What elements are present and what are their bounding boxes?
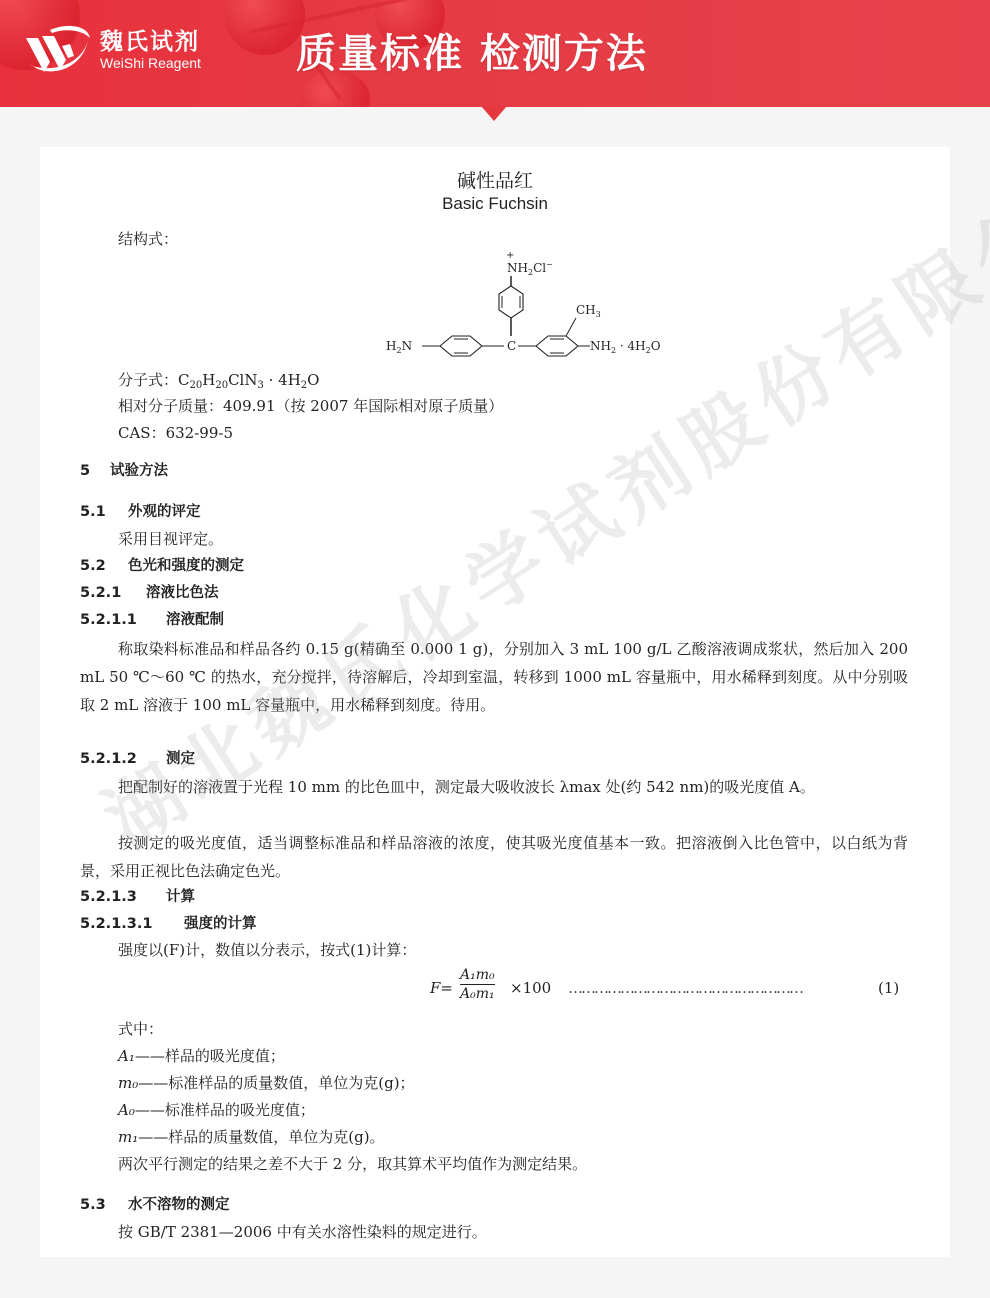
- molecular-weight: 相对分子质量：409.91（按 2007 年国际相对原子质量）: [118, 396, 503, 416]
- svg-text:CH3: CH3: [576, 303, 601, 319]
- brand-name-cn: 魏氏试剂: [100, 29, 201, 55]
- section-5-2-1-2-heading: 5.2.1.2测定: [80, 749, 195, 769]
- strength-formula: F= A₁m₀ A₀m₁ ×100 ……………………………………………… (1): [430, 967, 910, 1007]
- variable-a0: A₀——标准样品的吸光度值；: [118, 1100, 315, 1120]
- section-5-1-text: 采用目视评定。: [118, 529, 223, 549]
- structure-label: 结构式：: [118, 229, 178, 249]
- banner-pointer: [481, 106, 507, 121]
- svg-text:H2N: H2N: [386, 339, 412, 355]
- where-label: 式中：: [118, 1019, 163, 1039]
- section-5-1-heading: 5.1外观的评定: [80, 502, 201, 522]
- brand-name-en: WeiShi Reagent: [100, 55, 201, 71]
- molecular-formula-value: C20H20ClN3 · 4H2O: [178, 371, 319, 389]
- weishi-logo-icon: [22, 22, 94, 78]
- product-title-cn: 碱性品红: [40, 166, 950, 193]
- section-5-2-1-1-heading: 5.2.1.1溶液配制: [80, 610, 224, 630]
- section-5-2-1-2-text-b: 按测定的吸光度值，适当调整标准品和样品溶液的浓度，使其吸光度值基本一致。把溶液倒…: [80, 829, 908, 885]
- charge-plus: +: [506, 252, 514, 261]
- molecular-formula: 分子式：C20H20ClN3 · 4H2O: [118, 370, 319, 396]
- svg-text:NH2 · 4H2O: NH2 · 4H2O: [590, 339, 661, 355]
- variable-m0: m₀——标准样品的质量数值，单位为克(g)；: [118, 1073, 415, 1093]
- section-5-2-1-2-text-a: 把配制好的溶液置于光程 10 mm 的比色皿中，测定最大吸收波长 λmax 处(…: [80, 773, 908, 801]
- structural-formula: + NH2Cl− C H2N: [370, 252, 670, 366]
- cas-number: CAS：632-99-5: [118, 423, 233, 443]
- section-5-2-1-3-heading: 5.2.1.3计算: [80, 887, 195, 907]
- product-title-en: Basic Fuchsin: [40, 194, 950, 214]
- header-banner: 魏氏试剂 WeiShi Reagent 质量标准 检测方法: [0, 0, 990, 107]
- svg-text:C: C: [507, 339, 516, 353]
- variable-a1: A₁——样品的吸光度值；: [118, 1046, 285, 1066]
- page-title: 质量标准 检测方法: [296, 28, 648, 80]
- section-5-2-1-3-1-text: 强度以(F)计，数值以分表示，按式(1)计算：: [118, 940, 416, 960]
- section-5-3-text: 按 GB/T 2381—2006 中有关水溶性染料的规定进行。: [118, 1222, 487, 1242]
- section-5-2-1-heading: 5.2.1溶液比色法: [80, 583, 219, 603]
- section-5-2-heading: 5.2色光和强度的测定: [80, 556, 244, 576]
- section-5-2-1-1-text: 称取染料标准品和样品各约 0.15 g(精确至 0.000 1 g)，分别加入 …: [80, 635, 908, 719]
- svg-text:NH2Cl−: NH2Cl−: [507, 260, 553, 277]
- variable-m1: m₁——样品的质量数值，单位为克(g)。: [118, 1127, 385, 1147]
- formula-fraction: A₁m₀ A₀m₁: [460, 967, 495, 1002]
- section-5-3-heading: 5.3水不溶物的测定: [80, 1195, 230, 1215]
- document-card: 碱性品红 Basic Fuchsin 结构式： + NH2Cl− C: [40, 147, 950, 1257]
- brand-logo[interactable]: 魏氏试剂 WeiShi Reagent: [22, 22, 201, 78]
- section-5-heading: 5试验方法: [80, 461, 168, 481]
- result-note: 两次平行测定的结果之差不大于 2 分，取其算术平均值作为测定结果。: [118, 1154, 587, 1174]
- section-5-2-1-3-1-heading: 5.2.1.3.1强度的计算: [80, 914, 257, 934]
